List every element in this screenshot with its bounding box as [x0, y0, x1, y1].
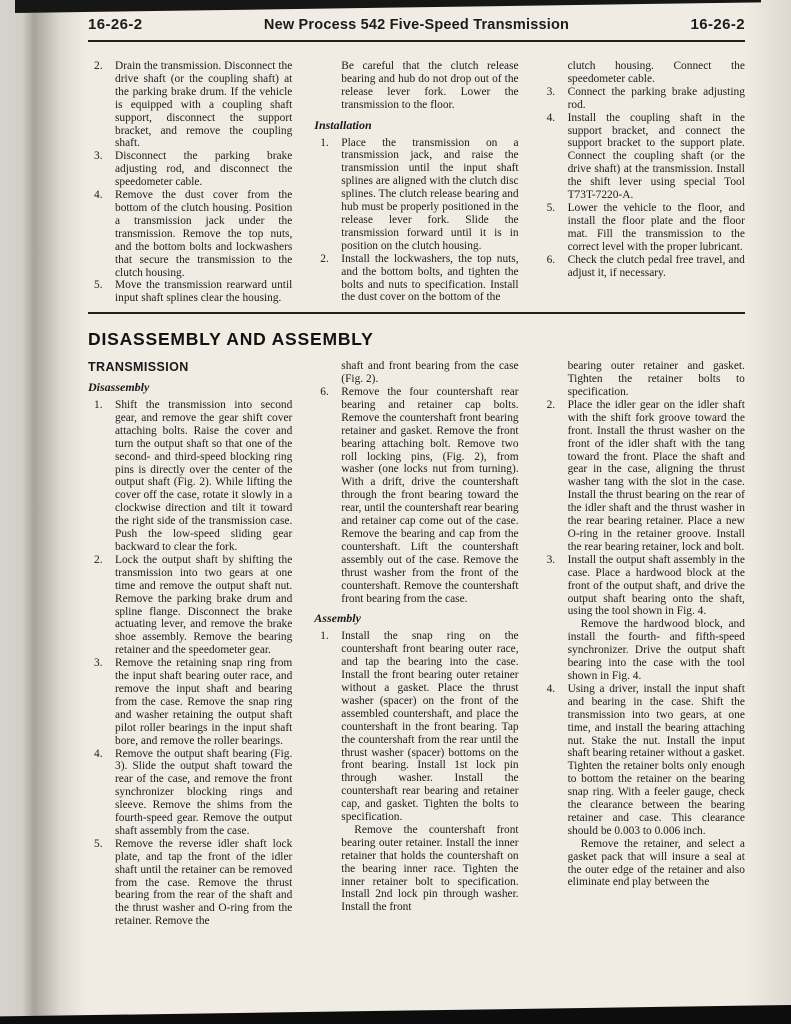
item-number: 4.: [94, 748, 103, 761]
list-item: 2.Lock the output shaft by shifting the …: [88, 554, 292, 657]
item-number: 3.: [94, 150, 103, 163]
list-item: 2.Place the idler gear on the idler shaf…: [541, 399, 745, 554]
item-number: 3.: [547, 86, 556, 99]
indented-paragraph: Remove the retainer, and select a gasket…: [568, 838, 745, 890]
continuation-paragraph: clutch housing. Connect the speedometer …: [568, 60, 745, 86]
item-number: 4.: [547, 683, 556, 696]
list-item: 1.Shift the transmission into second gea…: [88, 399, 292, 554]
page-number-right: 16-26-2: [690, 16, 745, 33]
item-number: 5.: [547, 202, 556, 215]
disassembly-assembly-section: TRANSMISSIONDisassembly1.Shift the trans…: [88, 360, 745, 928]
item-number: 3.: [94, 657, 103, 670]
item-number: 5.: [94, 838, 103, 851]
item-number: 2.: [320, 253, 329, 266]
item-number: 2.: [547, 399, 556, 412]
item-text: Lower the vehicle to the floor, and inst…: [568, 202, 745, 253]
column-2: Be careful that the clutch release beari…: [314, 60, 518, 305]
list-item: 3.Install the output shaft assembly in t…: [541, 554, 745, 619]
list-item: 4.Using a driver, install the input shaf…: [541, 683, 745, 838]
indented-paragraph: Remove the countershaft front bearing ou…: [341, 824, 518, 914]
list-item: 4.Remove the output shaft bearing (Fig. …: [88, 748, 292, 838]
installation-heading: Installation: [314, 119, 518, 132]
item-text: Using a driver, install the input shaft …: [568, 683, 745, 837]
list-item: 3.Disconnect the parking brake adjusting…: [88, 150, 292, 189]
item-text: Move the transmission rearward until inp…: [115, 279, 292, 304]
item-text: Connect the parking brake adjusting rod.: [568, 86, 745, 111]
item-text: Place the transmission on a transmission…: [341, 137, 518, 252]
disassembly-heading: Disassembly: [88, 381, 292, 394]
item-text: Remove the reverse idler shaft lock plat…: [115, 838, 292, 927]
page-content: 16-26-2 New Process 542 Five-Speed Trans…: [88, 14, 745, 928]
assembly-heading: Assembly: [314, 612, 518, 625]
item-text: Install the output shaft assembly in the…: [568, 554, 745, 618]
item-number: 6.: [547, 254, 556, 267]
list-item: 2.Drain the transmission. Disconnect the…: [88, 60, 292, 150]
item-number: 1.: [320, 137, 329, 150]
section-rule: [88, 312, 745, 314]
page-right-shade: [745, 0, 791, 1024]
item-text: Remove the dust cover from the bottom of…: [115, 189, 292, 278]
item-text: Shift the transmission into second gear,…: [115, 399, 292, 553]
continuation-paragraph: shaft and front bearing from the case (F…: [341, 360, 518, 386]
list-item: 3.Remove the retaining snap ring from th…: [88, 657, 292, 747]
item-number: 4.: [94, 189, 103, 202]
item-number: 1.: [320, 630, 329, 643]
column-3: bearing outer retainer and gasket. Tight…: [541, 360, 745, 928]
item-text: Check the clutch pedal free travel, and …: [568, 254, 745, 279]
item-number: 1.: [94, 399, 103, 412]
indented-paragraph: Remove the hardwood block, and install t…: [568, 618, 745, 683]
item-text: Lock the output shaft by shifting the tr…: [115, 554, 292, 656]
item-number: 2.: [94, 60, 103, 73]
removal-installation-section: 2.Drain the transmission. Disconnect the…: [88, 60, 745, 305]
item-number: 4.: [547, 112, 556, 125]
list-item: 5.Lower the vehicle to the floor, and in…: [541, 202, 745, 254]
item-text: Place the idler gear on the idler shaft …: [568, 399, 745, 553]
continuation-paragraph: bearing outer retainer and gasket. Tight…: [568, 360, 745, 399]
continuation-paragraph: Be careful that the clutch release beari…: [341, 60, 518, 112]
item-number: 6.: [320, 386, 329, 399]
page-number-left: 16-26-2: [88, 16, 143, 33]
column-1: 2.Drain the transmission. Disconnect the…: [88, 60, 292, 305]
list-item: 4.Remove the dust cover from the bottom …: [88, 189, 292, 279]
column-3: clutch housing. Connect the speedometer …: [541, 60, 745, 305]
item-number: 5.: [94, 279, 103, 292]
list-item: 2.Install the lockwashers, the top nuts,…: [314, 253, 518, 305]
item-number: 2.: [94, 554, 103, 567]
transmission-subheading: TRANSMISSION: [88, 361, 292, 374]
item-text: Disconnect the parking brake adjusting r…: [115, 150, 292, 188]
list-item: 4.Install the coupling shaft in the supp…: [541, 112, 745, 202]
page-header: 16-26-2 New Process 542 Five-Speed Trans…: [88, 16, 745, 42]
list-item: 5.Remove the reverse idler shaft lock pl…: [88, 838, 292, 928]
page: 16-26-2 New Process 542 Five-Speed Trans…: [0, 0, 791, 1024]
item-text: Drain the transmission. Disconnect the d…: [115, 60, 292, 149]
list-item: 5.Move the transmission rearward until i…: [88, 279, 292, 305]
list-item: 3.Connect the parking brake adjusting ro…: [541, 86, 745, 112]
running-title: New Process 542 Five-Speed Transmission: [264, 17, 569, 33]
item-text: Install the snap ring on the countershaf…: [341, 630, 518, 823]
page-left-shadow: [0, 0, 86, 1024]
item-number: 3.: [547, 554, 556, 567]
list-item: 1.Place the transmission on a transmissi…: [314, 137, 518, 253]
item-text: Install the coupling shaft in the suppor…: [568, 112, 745, 201]
list-item: 6.Remove the four countershaft rear bear…: [314, 386, 518, 605]
item-text: Remove the output shaft bearing (Fig. 3)…: [115, 748, 292, 837]
column-2: shaft and front bearing from the case (F…: [314, 360, 518, 928]
item-text: Install the lockwashers, the top nuts, a…: [341, 253, 518, 304]
section-heading: DISASSEMBLY AND ASSEMBLY: [88, 329, 745, 350]
scan-edge-bottom: [0, 1004, 791, 1024]
column-1: TRANSMISSIONDisassembly1.Shift the trans…: [88, 360, 292, 928]
item-text: Remove the retaining snap ring from the …: [115, 657, 292, 746]
list-item: 1.Install the snap ring on the countersh…: [314, 630, 518, 824]
item-text: Remove the four countershaft rear bearin…: [341, 386, 518, 605]
list-item: 6.Check the clutch pedal free travel, an…: [541, 254, 745, 280]
scan-edge-top: [15, 0, 761, 13]
